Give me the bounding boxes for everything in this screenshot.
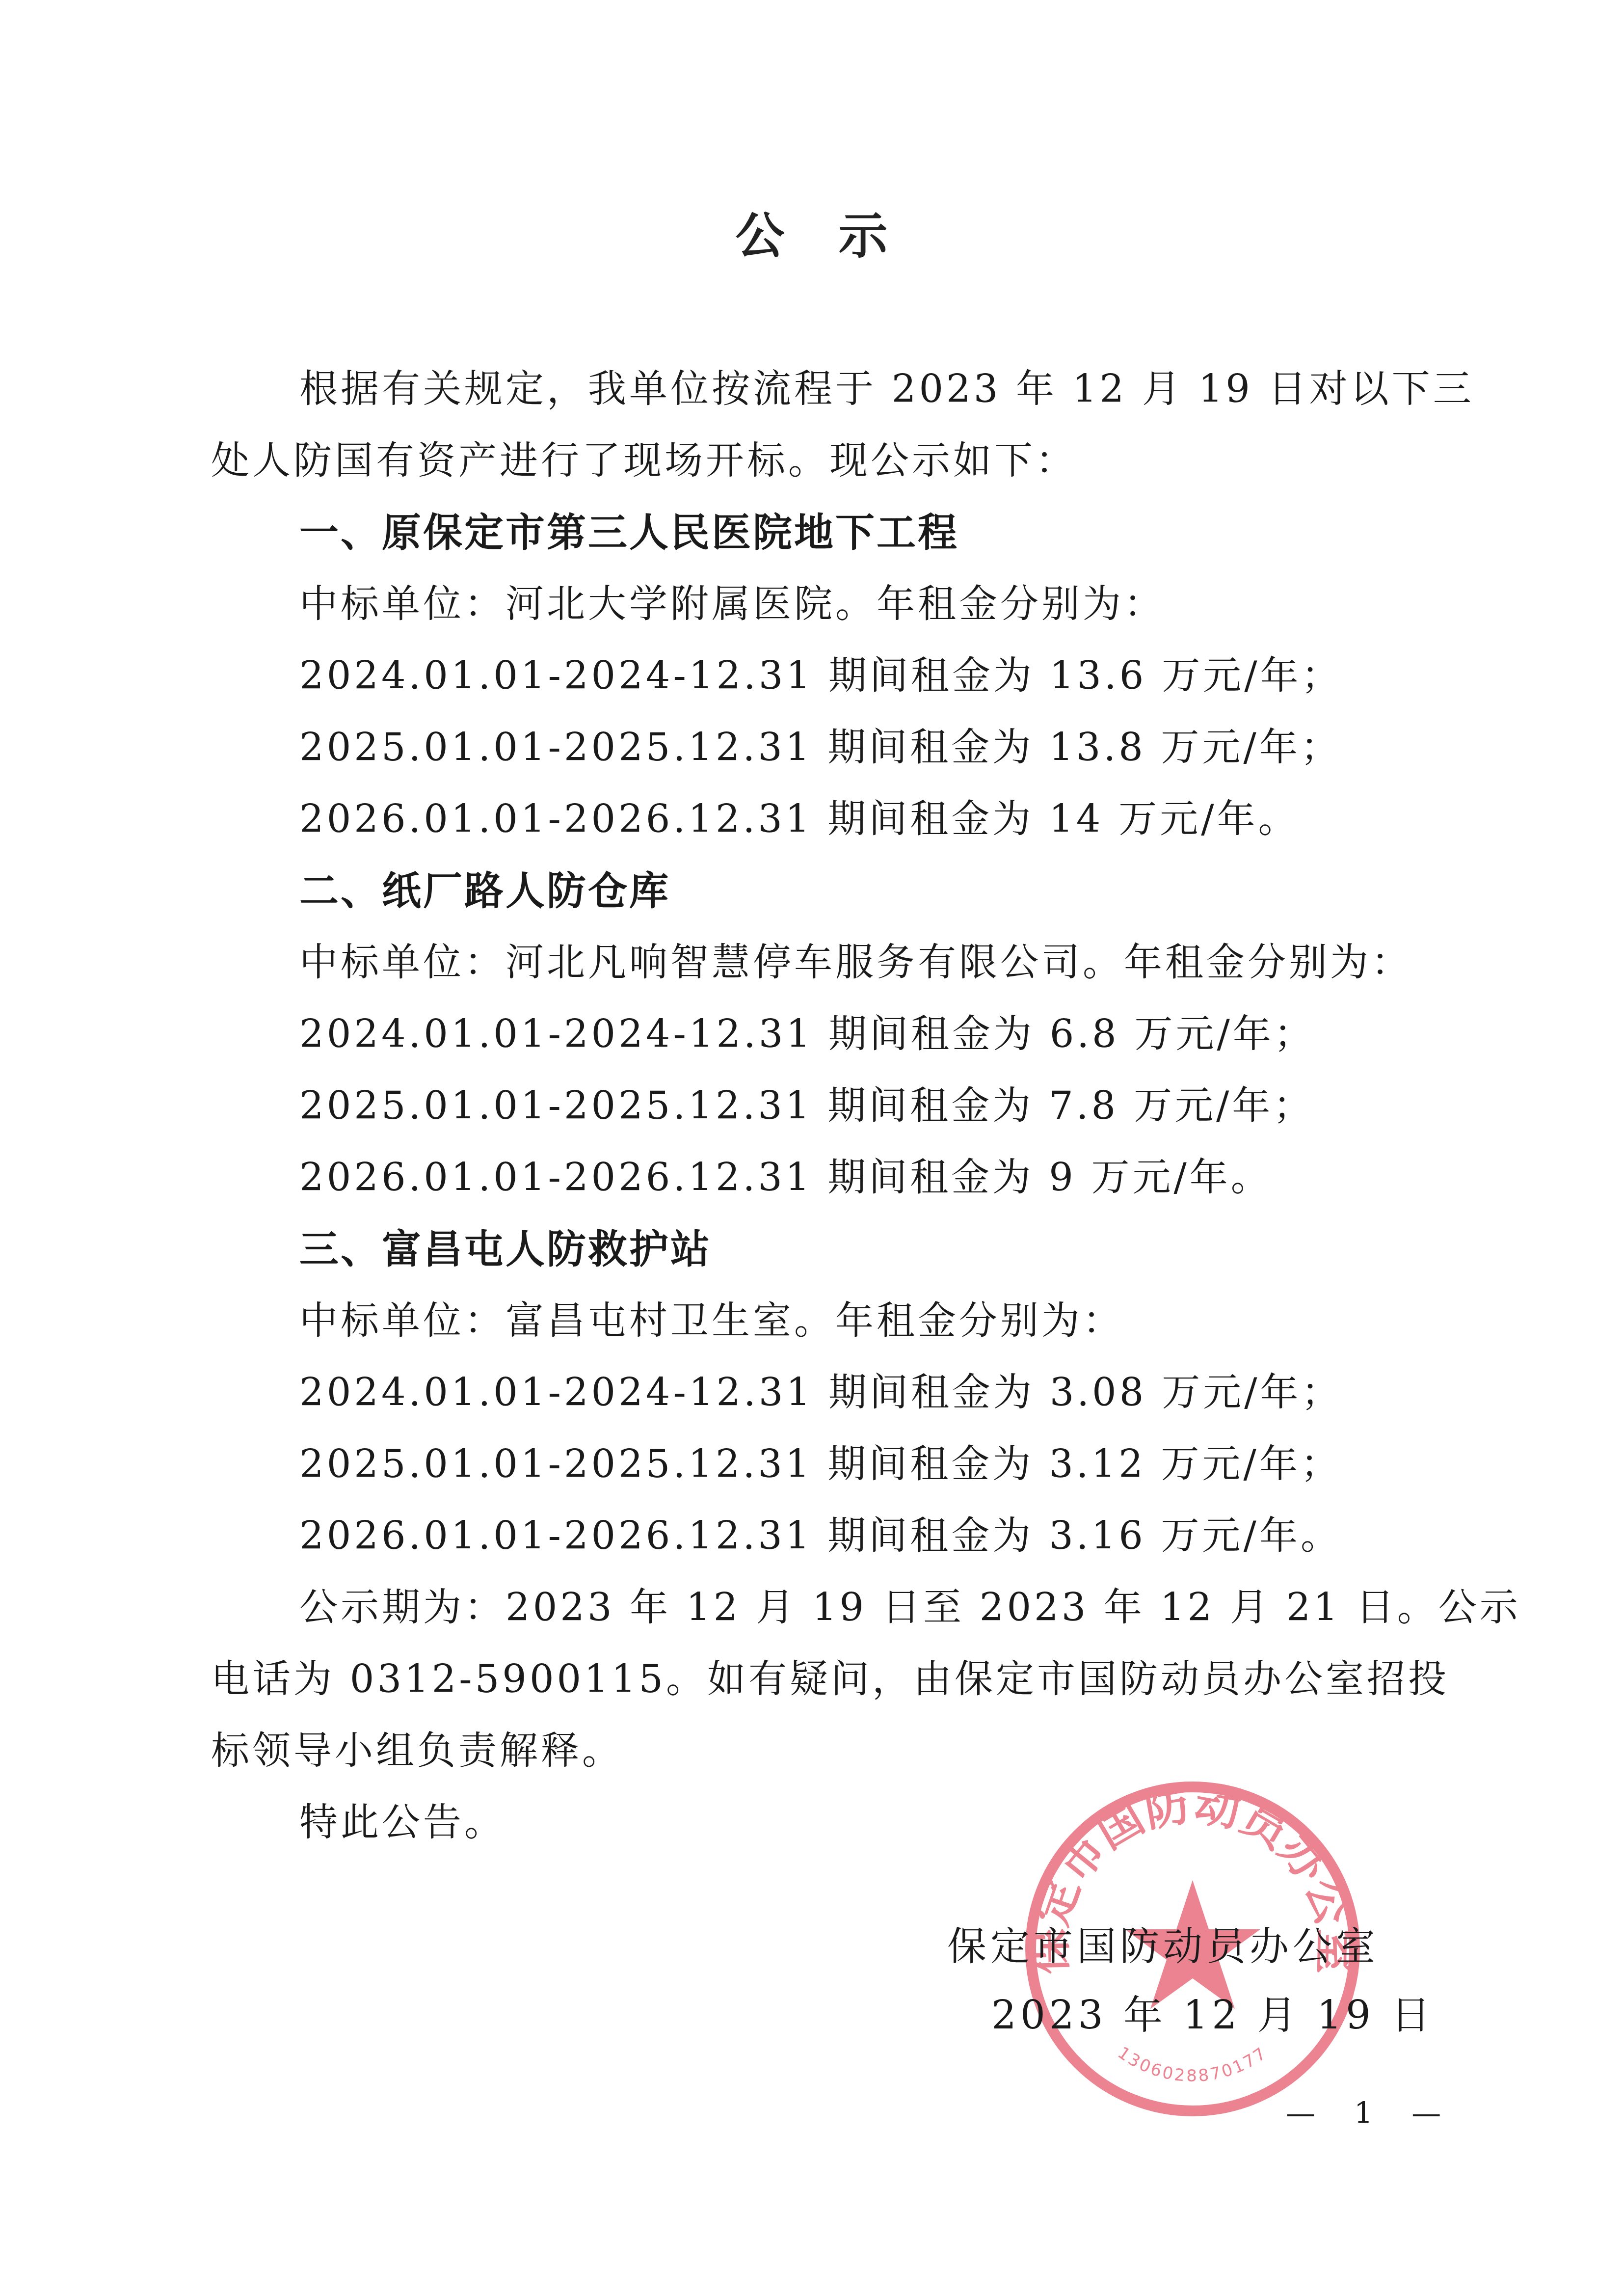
section-3-rent-2026: 2026.01.01-2026.12.31 期间租金为 3.16 万元/年。 [211, 1500, 1428, 1572]
signature-org: 保定市国防动员办公室 [947, 1915, 1379, 1971]
section-2-rent-2025: 2025.01.01-2025.12.31 期间租金为 7.8 万元/年； [211, 1070, 1428, 1142]
section-1-winner: 中标单位：河北大学附属医院。年租金分别为： [211, 568, 1428, 640]
intro-line-1: 根据有关规定，我单位按流程于 2023 年 12 月 19 日对以下三 [211, 353, 1428, 425]
notice-line-1: 公示期为：2023 年 12 月 19 日至 2023 年 12 月 21 日。… [211, 1572, 1428, 1644]
section-1-rent-2025: 2025.01.01-2025.12.31 期间租金为 13.8 万元/年； [211, 712, 1428, 783]
section-1-heading: 一、原保定市第三人民医院地下工程 [211, 497, 1428, 568]
notice-line-3: 标领导小组负责解释。 [211, 1715, 1428, 1787]
section-1-rent-2026: 2026.01.01-2026.12.31 期间租金为 14 万元/年。 [211, 783, 1428, 855]
document-body: 根据有关规定，我单位按流程于 2023 年 12 月 19 日对以下三 处人防国… [211, 353, 1428, 1859]
section-2-heading: 二、纸厂路人防仓库 [211, 855, 1428, 927]
page-number: — 1 — [1286, 2096, 1456, 2131]
notice-line-2: 电话为 0312-5900115。如有疑问，由保定市国防动员办公室招投 [211, 1644, 1428, 1715]
svg-text:1306028870177: 1306028870177 [1114, 2043, 1271, 2086]
section-3-heading: 三、富昌屯人防救护站 [211, 1214, 1428, 1285]
page-title: 公示 [0, 196, 1623, 267]
intro-line-2: 处人防国有资产进行了现场开标。现公示如下： [211, 425, 1428, 497]
section-2-rent-2026: 2026.01.01-2026.12.31 期间租金为 9 万元/年。 [211, 1142, 1428, 1214]
seal-code: 1306028870177 [1114, 2043, 1271, 2086]
section-2-rent-2024: 2024.01.01-2024-12.31 期间租金为 6.8 万元/年； [211, 999, 1428, 1070]
signature-date: 2023 年 12 月 19 日 [991, 1983, 1434, 2040]
section-3-rent-2024: 2024.01.01-2024-12.31 期间租金为 3.08 万元/年； [211, 1357, 1428, 1429]
section-1-rent-2024: 2024.01.01-2024-12.31 期间租金为 13.6 万元/年； [211, 640, 1428, 712]
document-page: 公示 根据有关规定，我单位按流程于 2023 年 12 月 19 日对以下三 处… [0, 0, 1623, 2296]
section-3-rent-2025: 2025.01.01-2025.12.31 期间租金为 3.12 万元/年； [211, 1429, 1428, 1500]
section-3-winner: 中标单位：富昌屯村卫生室。年租金分别为： [211, 1285, 1428, 1357]
section-2-winner: 中标单位：河北凡响智慧停车服务有限公司。年租金分别为： [211, 927, 1428, 999]
